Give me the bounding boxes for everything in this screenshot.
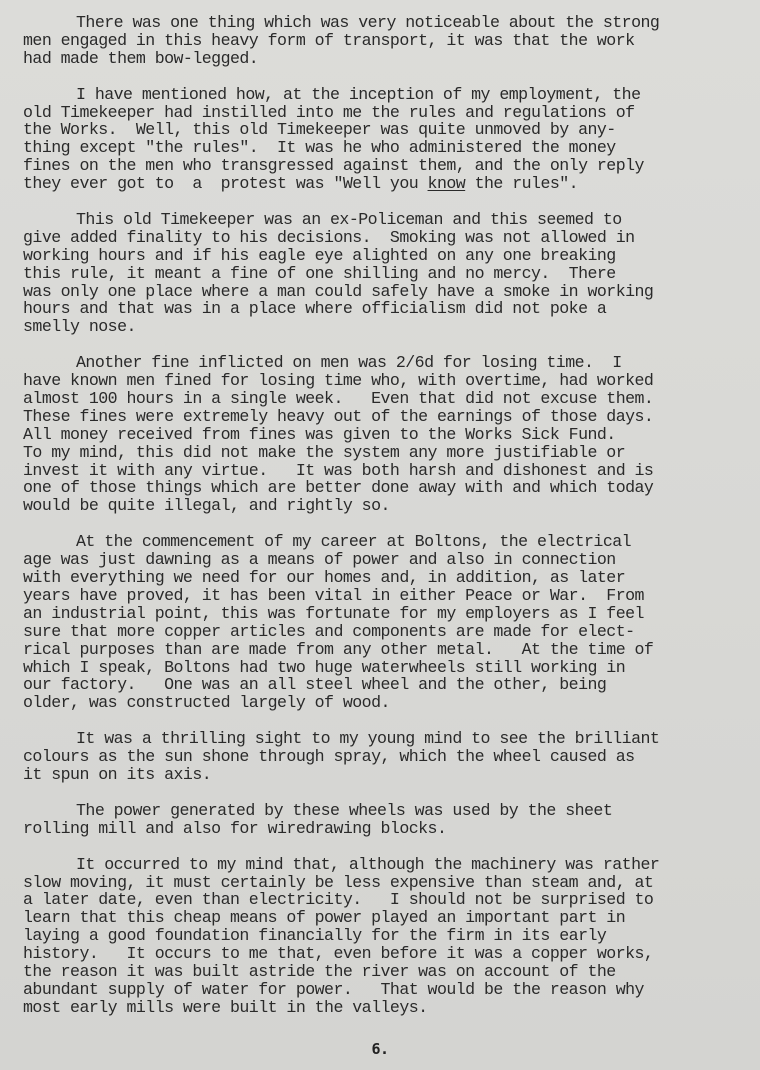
paragraph-fines: Another fine inflicted on men was 2/6d f… [23,354,753,515]
text-line: give added finality to his decisions. Sm… [23,229,753,247]
text-line: There was one thing which was very notic… [23,14,753,32]
text-line: hours and that was in a place where offi… [23,300,753,318]
paragraph-power-generated: The power generated by these wheels was … [23,802,753,838]
text-line: To my mind, this did not make the system… [23,444,753,462]
underlined-word: know [428,174,466,193]
text-line: colours as the sun shone through spray, … [23,748,753,766]
text-line: smelly nose. [23,318,753,336]
text-line: rolling mill and also for wiredrawing bl… [23,820,753,838]
paragraph-timekeeper-rules: I have mentioned how, at the inception o… [23,86,753,193]
paragraph-electrical-age: At the commencement of my career at Bolt… [23,533,753,712]
text-line: would be quite illegal, and rightly so. [23,497,753,515]
text-line: laying a good foundation financially for… [23,927,753,945]
text-line: which I speak, Boltons had two huge wate… [23,659,753,677]
paragraph-cheap-power: It occurred to my mind that, although th… [23,856,753,1017]
text-line: years have proved, it has been vital in … [23,587,753,605]
text-line: most early mills were built in the valle… [23,999,753,1017]
text-line: I have mentioned how, at the inception o… [23,86,753,104]
text-line: had made them bow-legged. [23,50,753,68]
text-line: was only one place where a man could saf… [23,283,753,301]
text-line: invest it with any virtue. It was both h… [23,462,753,480]
text-line: our factory. One was an all steel wheel … [23,676,753,694]
text-line: this rule, it meant a fine of one shilli… [23,265,753,283]
text-line: abundant supply of water for power. That… [23,981,753,999]
paragraph-ex-policeman: This old Timekeeper was an ex-Policeman … [23,211,753,336]
text-segment: they ever got to a protest was "Well you [23,174,428,193]
text-line: thing except "the rules". It was he who … [23,139,753,157]
text-line: It was a thrilling sight to my young min… [23,730,753,748]
text-line: almost 100 hours in a single week. Even … [23,390,753,408]
text-line: with everything we need for our homes an… [23,569,753,587]
text-line: slow moving, it must certainly be less e… [23,874,753,892]
text-line: It occurred to my mind that, although th… [23,856,753,874]
text-line: The power generated by these wheels was … [23,802,753,820]
text-line: old Timekeeper had instilled into me the… [23,104,753,122]
text-segment: the rules". [465,174,578,193]
text-line: fines on the men who transgressed agains… [23,157,753,175]
text-line: a later date, even than electricity. I s… [23,891,753,909]
text-line: rical purposes than are made from any ot… [23,641,753,659]
text-line: history. It occurs to me that, even befo… [23,945,753,963]
text-line: These fines were extremely heavy out of … [23,408,753,426]
text-line: working hours and if his eagle eye aligh… [23,247,753,265]
text-line: men engaged in this heavy form of transp… [23,32,753,50]
text-line: the reason it was built astride the rive… [23,963,753,981]
text-line: an industrial point, this was fortunate … [23,605,753,623]
text-line: learn that this cheap means of power pla… [23,909,753,927]
typewritten-page: There was one thing which was very notic… [0,0,760,1070]
text-line: have known men fined for losing time who… [23,372,753,390]
text-line: older, was constructed largely of wood. [23,694,753,712]
paragraph-thrilling-sight: It was a thrilling sight to my young min… [23,730,753,784]
text-line: one of those things which are better don… [23,479,753,497]
text-line: At the commencement of my career at Bolt… [23,533,753,551]
body-text: There was one thing which was very notic… [23,14,753,1035]
paragraph-bow-legged: There was one thing which was very notic… [23,14,753,68]
page-number: 6. [0,1040,760,1058]
text-line: they ever got to a protest was "Well you… [23,175,753,193]
text-line: it spun on its axis. [23,766,753,784]
text-line: the Works. Well, this old Timekeeper was… [23,121,753,139]
text-line: This old Timekeeper was an ex-Policeman … [23,211,753,229]
text-line: Another fine inflicted on men was 2/6d f… [23,354,753,372]
text-line: sure that more copper articles and compo… [23,623,753,641]
text-line: All money received from fines was given … [23,426,753,444]
text-line: age was just dawning as a means of power… [23,551,753,569]
